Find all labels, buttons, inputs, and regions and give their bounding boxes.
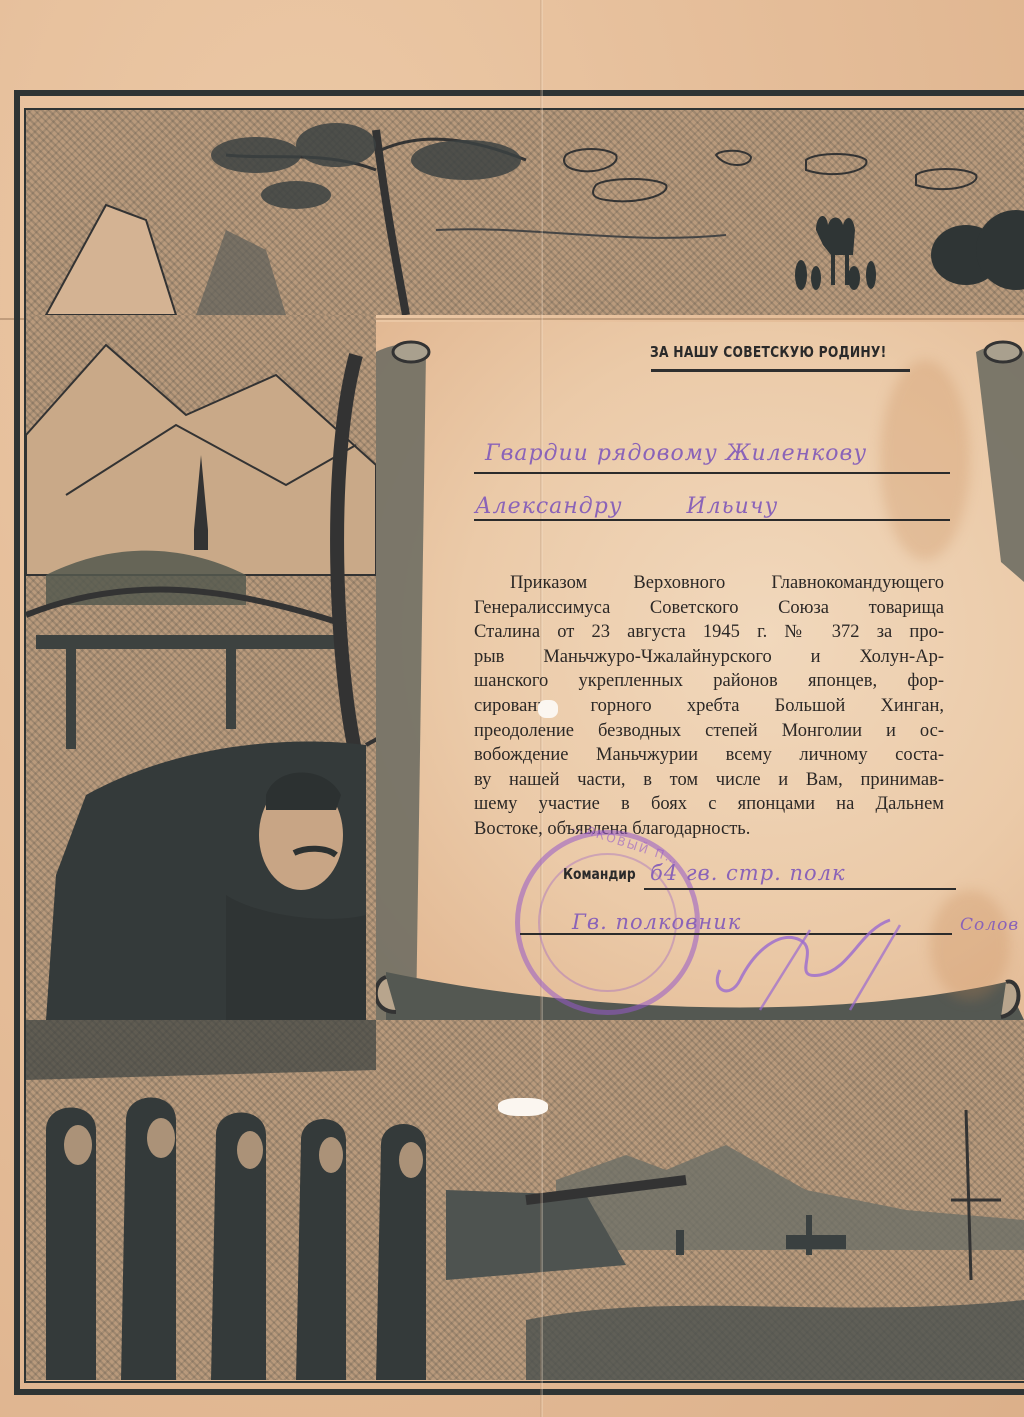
recipient-line-2-rule [474, 519, 950, 521]
soldiers-tank-harbor-drawing [26, 1020, 1024, 1380]
paper-stain [880, 360, 970, 560]
recipient-line-1-rule [474, 472, 950, 474]
commander-name-fragment: Солов [960, 915, 1019, 935]
paper-stain [930, 890, 1010, 1000]
paper-hole [498, 1098, 548, 1116]
illustration-bottom-soldiers-harbor [26, 1020, 1024, 1380]
body-line: шанского укрепленных районов японцев, фо… [474, 669, 944, 694]
body-line: вобождение Маньчжурии всему личному сост… [474, 743, 944, 768]
certificate-heading: ЗА НАШУ СОВЕТСКУЮ РОДИНУ! [650, 343, 887, 361]
illustration-top-steppe [26, 110, 1024, 315]
body-line: преодоление безводных степей Монголии и … [474, 719, 944, 744]
body-line: Приказом Верховного Главнокомандующего [474, 571, 944, 596]
body-line: Востоке, объявлена благодарность. [474, 817, 944, 842]
mountains-pagoda-portrait-drawing [26, 315, 376, 1020]
recipient-line-2: Александру Ильичу [475, 494, 778, 519]
body-line: ву нашей части, в том числе и Вам, прини… [474, 768, 944, 793]
commander-unit-handwritten: б4 гв. стр. полк [650, 861, 846, 885]
illustration-left-stalin-portrait [26, 315, 376, 1020]
body-line: Генералиссимуса Советского Союза товарищ… [474, 596, 944, 621]
commander-signature [700, 900, 930, 1020]
heading-underline [651, 369, 910, 372]
commander-label: Командир [563, 865, 636, 883]
body-line: Сталина от 23 августа 1945 г. № 372 за п… [474, 620, 944, 645]
steppe-landscape-drawing [26, 110, 1024, 315]
body-line: шему участие в боях с японцами на Дальне… [474, 792, 944, 817]
paper-hole [538, 700, 558, 718]
recipient-line-1: Гвардии рядовому Жиленкову [485, 441, 867, 466]
commander-unit-rule [644, 888, 956, 890]
body-line: рыв Маньчжуро-Чжалайнурского и Холун-Ар- [474, 645, 944, 670]
